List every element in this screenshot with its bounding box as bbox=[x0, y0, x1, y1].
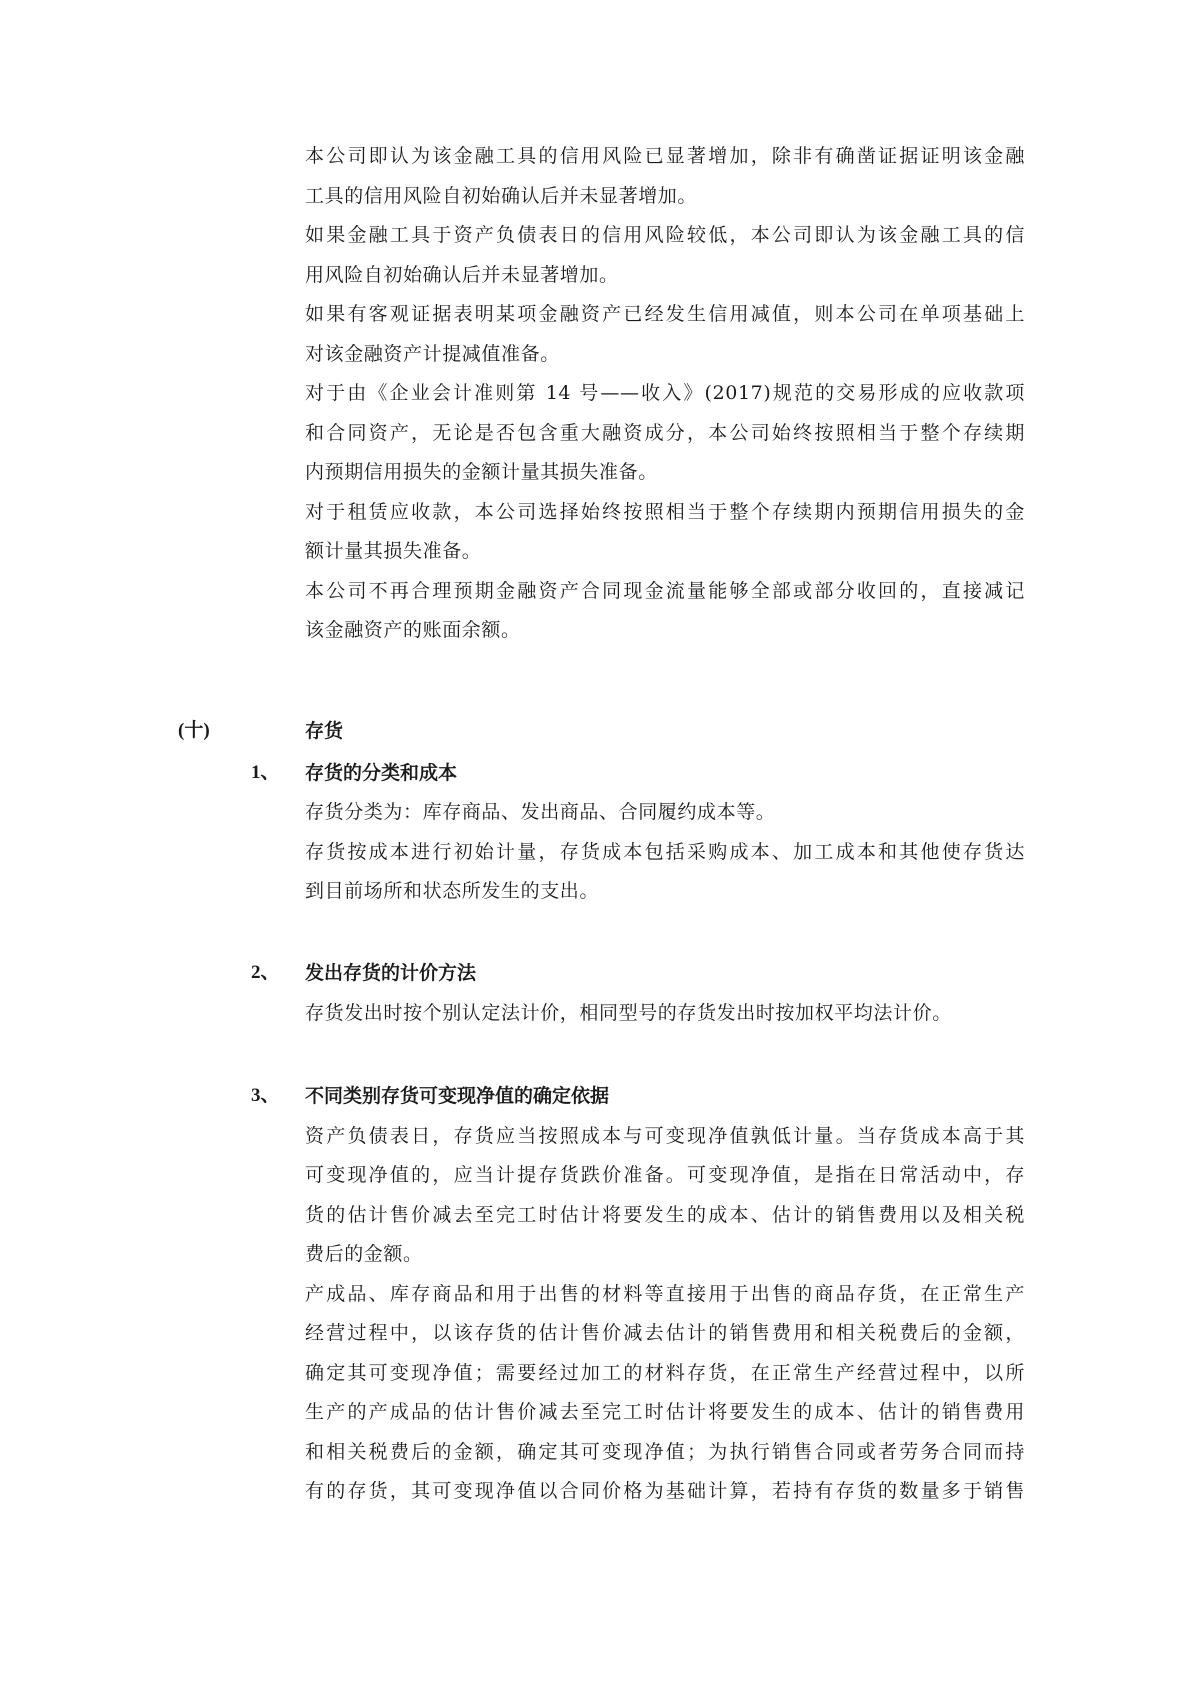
section-number: (十) bbox=[178, 718, 210, 744]
paragraph-line: 和相关税费后的金额，确定其可变现净值；为执行销售合同或者劳务合同而持 bbox=[305, 1439, 1025, 1465]
section-title: 存货 bbox=[305, 718, 343, 744]
paragraph-line: 有的存货，其可变现净值以合同价格为基础计算，若持有存货的数量多于销售 bbox=[305, 1478, 1025, 1504]
paragraph-line: 本公司不再合理预期金融资产合同现金流量能够全部或部分收回的，直接减记 bbox=[305, 578, 1025, 604]
subsection-number: 3、 bbox=[251, 1083, 280, 1109]
paragraph-line: 本公司即认为该金融工具的信用风险已显著增加，除非有确凿证据证明该金融 bbox=[305, 143, 1025, 169]
paragraph-line: 经营过程中，以该存货的估计售价减去估计的销售费用和相关税费后的金额， bbox=[305, 1320, 1025, 1346]
paragraph-line: 对该金融资产计提减值准备。 bbox=[305, 341, 1025, 367]
paragraph-line: 存货分类为：库存商品、发出商品、合同履约成本等。 bbox=[305, 799, 1025, 825]
paragraph-line: 额计量其损失准备。 bbox=[305, 538, 1025, 564]
paragraph-line: 和合同资产，无论是否包含重大融资成分，本公司始终按照相当于整个存续期 bbox=[305, 420, 1025, 446]
subsection-number: 1、 bbox=[251, 760, 280, 786]
paragraph-line: 对于由《企业会计准则第 14 号——收入》(2017)规范的交易形成的应收款项 bbox=[305, 380, 1025, 406]
paragraph-line: 确定其可变现净值；需要经过加工的材料存货，在正常生产经营过程中，以所 bbox=[305, 1360, 1025, 1386]
paragraph-line: 产成品、库存商品和用于出售的材料等直接用于出售的商品存货，在正常生产 bbox=[305, 1281, 1025, 1307]
paragraph-line: 费后的金额。 bbox=[305, 1241, 1025, 1267]
paragraph-line: 如果金融工具于资产负债表日的信用风险较低，本公司即认为该金融工具的信 bbox=[305, 222, 1025, 248]
paragraph-line: 内预期信用损失的金额计量其损失准备。 bbox=[305, 459, 1025, 485]
paragraph-line: 如果有客观证据表明某项金融资产已经发生信用减值，则本公司在单项基础上 bbox=[305, 301, 1025, 327]
subsection-number: 2、 bbox=[251, 960, 280, 986]
subsection-title: 存货的分类和成本 bbox=[305, 760, 457, 786]
document-page: 本公司即认为该金融工具的信用风险已显著增加，除非有确凿证据证明该金融 工具的信用… bbox=[0, 0, 1200, 1696]
paragraph-line: 对于租赁应收款，本公司选择始终按照相当于整个存续期内预期信用损失的金 bbox=[305, 499, 1025, 525]
paragraph-line: 工具的信用风险自初始确认后并未显著增加。 bbox=[305, 183, 1025, 209]
paragraph-line: 可变现净值的，应当计提存货跌价准备。可变现净值，是指在日常活动中，存 bbox=[305, 1162, 1025, 1188]
paragraph-line: 货的估计售价减去至完工时估计将要发生的成本、估计的销售费用以及相关税 bbox=[305, 1202, 1025, 1228]
paragraph-line: 用风险自初始确认后并未显著增加。 bbox=[305, 262, 1025, 288]
paragraph-line: 存货发出时按个别认定法计价，相同型号的存货发出时按加权平均法计价。 bbox=[305, 1000, 1025, 1026]
paragraph-line: 存货按成本进行初始计量，存货成本包括采购成本、加工成本和其他使存货达 bbox=[305, 839, 1025, 865]
paragraph-line: 生产的产成品的估计售价减去至完工时估计将要发生的成本、估计的销售费用 bbox=[305, 1399, 1025, 1425]
subsection-title: 发出存货的计价方法 bbox=[305, 960, 476, 986]
subsection-title: 不同类别存货可变现净值的确定依据 bbox=[305, 1083, 609, 1109]
paragraph-line: 到目前场所和状态所发生的支出。 bbox=[305, 878, 1025, 904]
paragraph-line: 该金融资产的账面余额。 bbox=[305, 617, 1025, 643]
paragraph-line: 资产负债表日，存货应当按照成本与可变现净值孰低计量。当存货成本高于其 bbox=[305, 1123, 1025, 1149]
